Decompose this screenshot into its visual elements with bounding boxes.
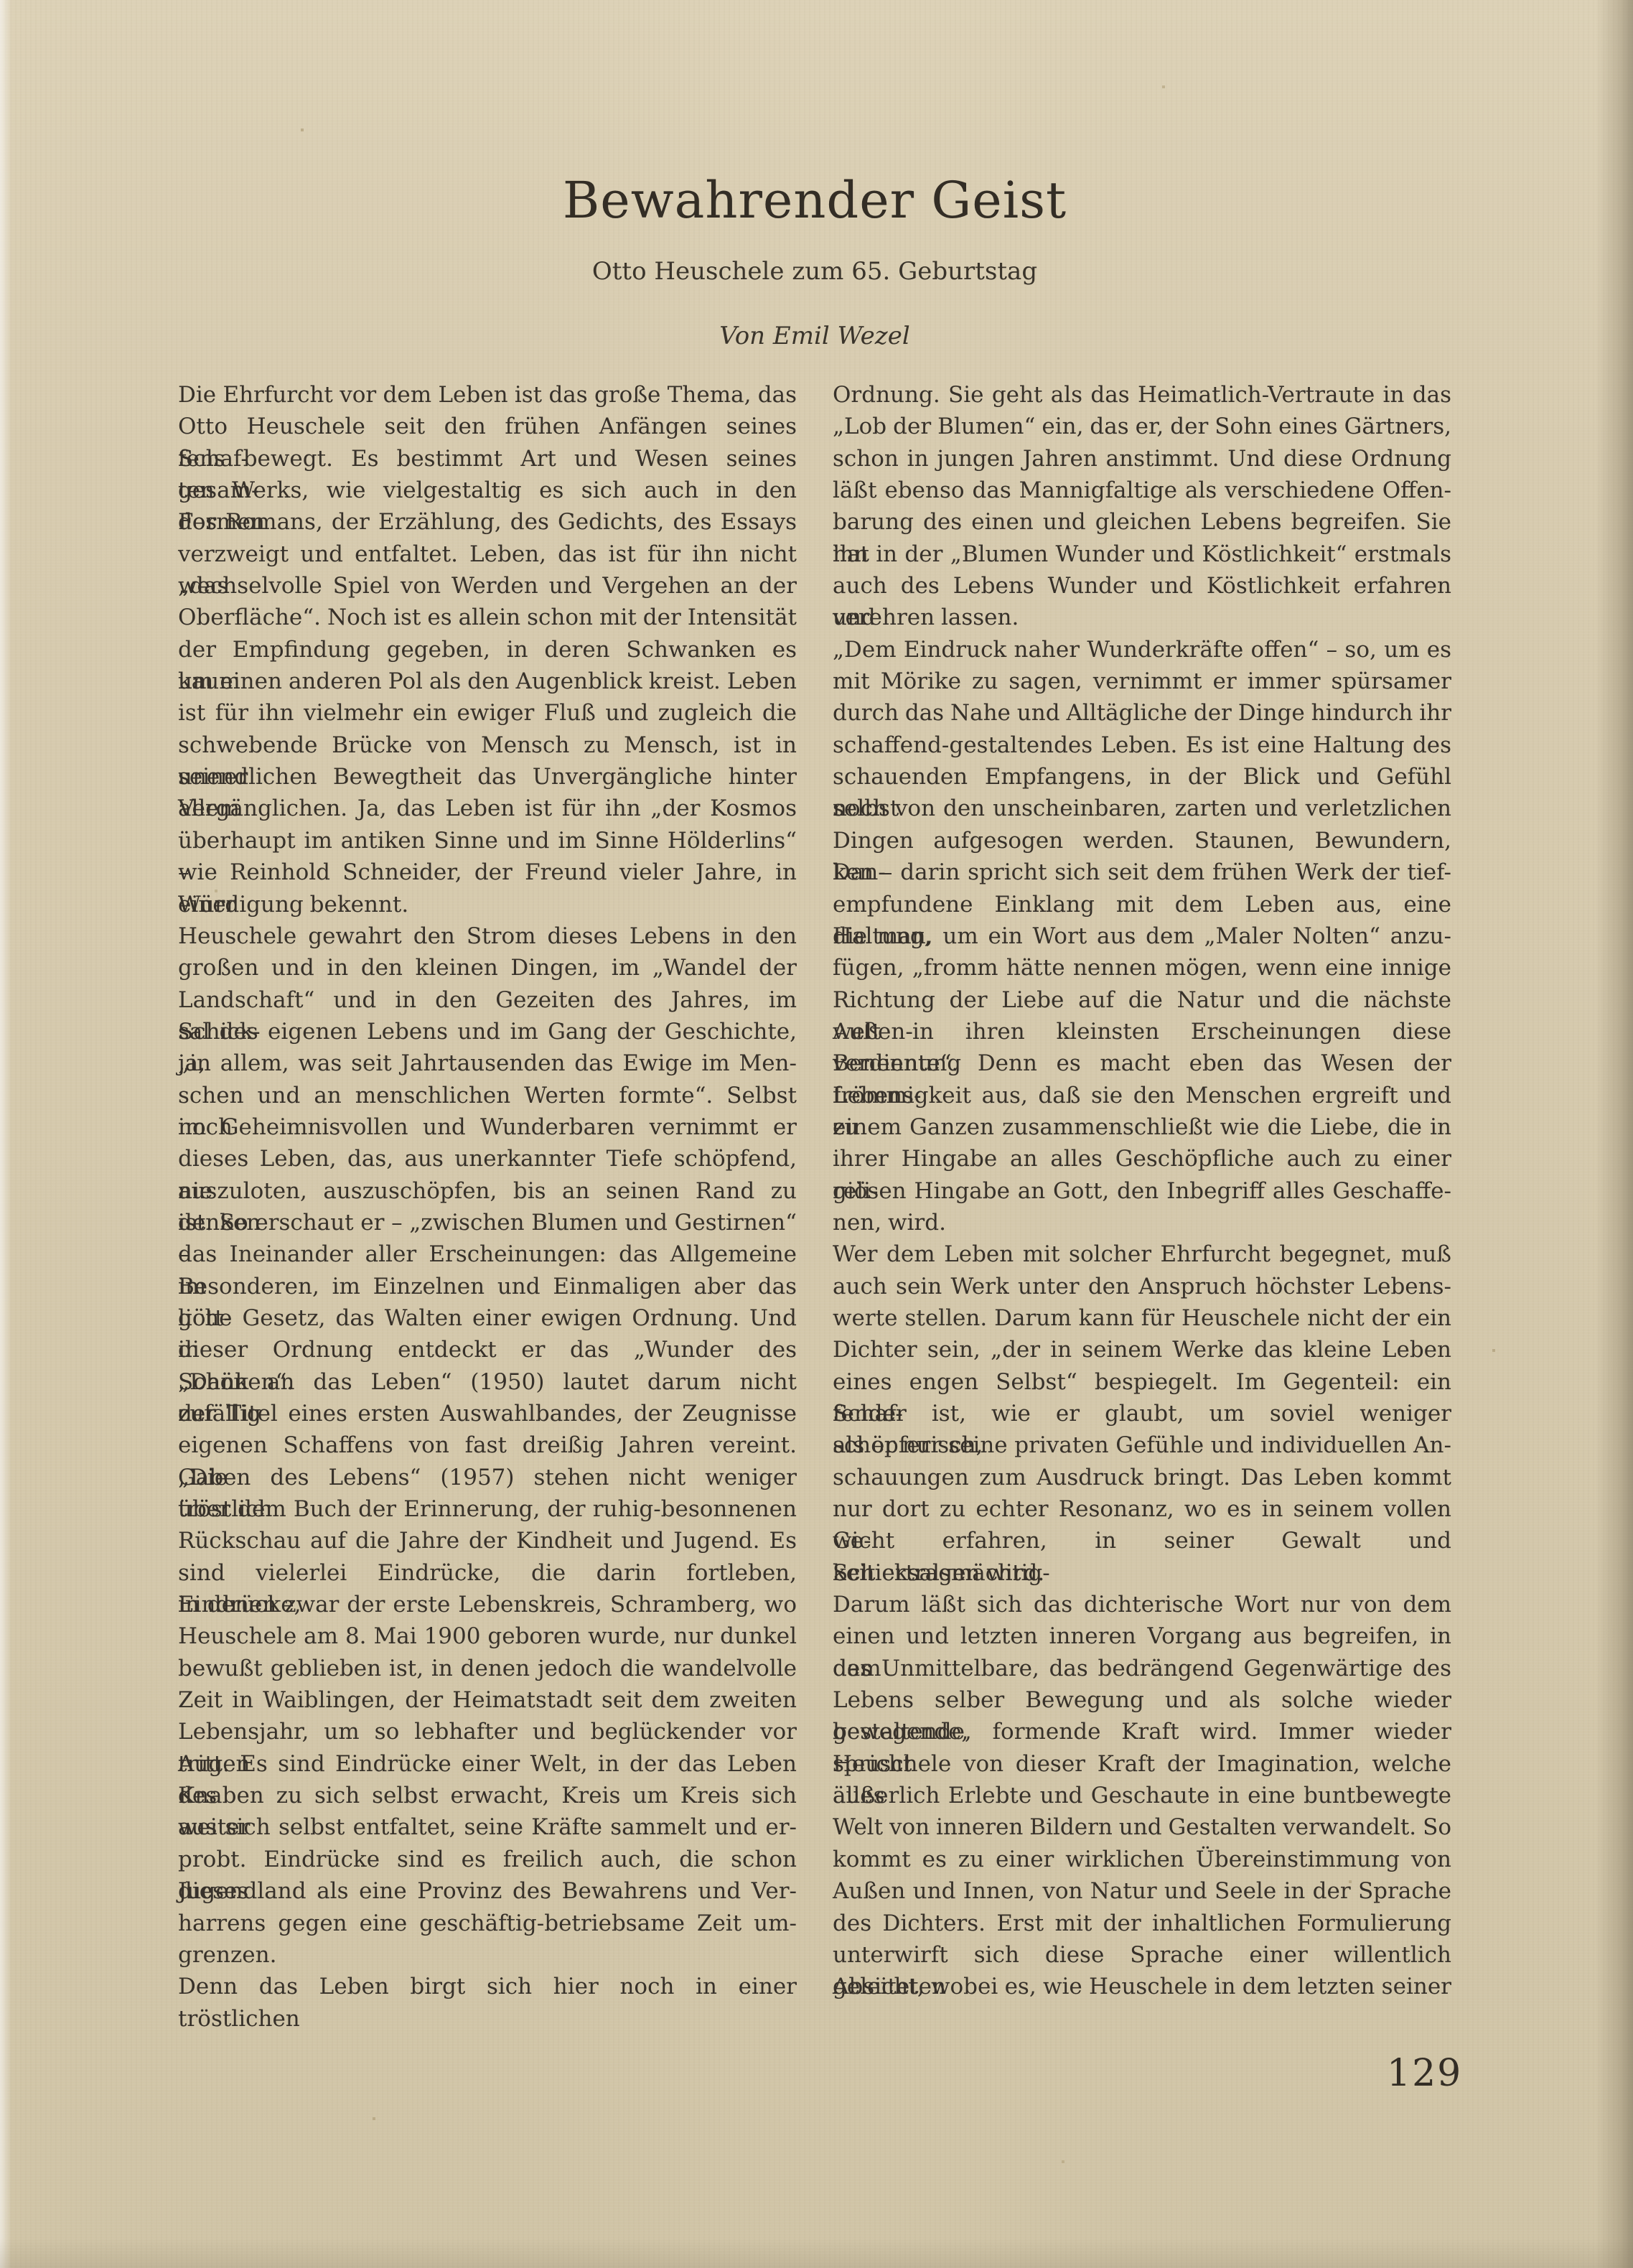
text-line: schen und an menschlichen Werten formte“… — [178, 1080, 797, 1111]
text-line: dieser Ordnung entdeckt er das „Wunder d… — [178, 1334, 797, 1366]
text-line: empfundene Einklang mit dem Leben aus, e… — [833, 889, 1451, 920]
text-line: ihn in der „Blumen Wunder und Köstlichke… — [833, 538, 1451, 570]
scan-edge-bottom — [0, 2238, 1633, 2268]
text-line: Richtung der Liebe auf die Natur und die… — [833, 984, 1451, 1016]
paragraph: „Dank an das Leben“ (1950) lautet darum … — [178, 1366, 797, 1971]
text-line: Vergänglichen. Ja, das Leben ist für ihn… — [178, 793, 797, 824]
text-line: tritt. Es sind Eindrücke einer Welt, in … — [178, 1748, 797, 1780]
text-line: eines engen Selbst“ bespiegelt. Im Gegen… — [833, 1366, 1451, 1398]
text-line: wicht erfahren, in seiner Gewalt und Sch… — [833, 1525, 1451, 1557]
text-line: noch von den unscheinbaren, zarten und v… — [833, 793, 1451, 824]
text-line: dieses Leben, das, aus unerkannter Tiefe… — [178, 1143, 797, 1175]
text-line: nur dort zu echter Resonanz, wo es in se… — [833, 1493, 1451, 1525]
text-line: ist. So erschaut er – „zwischen Blumen u… — [178, 1207, 797, 1238]
text-line: das Unmittelbare, das bedrängend Gegenwä… — [833, 1653, 1451, 1684]
text-line: über dem Buch der Erinnerung, der ruhig-… — [178, 1493, 797, 1525]
text-line: Rückschau auf die Jahre der Kindheit und… — [178, 1525, 797, 1557]
page-number: 129 — [1387, 2052, 1462, 2095]
text-line: fens bewegt. Es bestimmt Art und Wesen s… — [178, 443, 797, 475]
text-line: „Dank an das Leben“ (1950) lautet darum … — [178, 1366, 797, 1398]
text-line: als er nur seine privaten Gefühle und in… — [833, 1429, 1451, 1461]
text-line: einem Ganzen zusammenschließt wie die Li… — [833, 1111, 1451, 1143]
text-line: wie Reinhold Schneider, der Freund viele… — [178, 857, 797, 888]
text-line: unterwirft sich diese Sprache einer will… — [833, 1939, 1451, 1971]
text-line: schauungen zum Ausdruck bringt. Das Lebe… — [833, 1462, 1451, 1493]
text-line: schauenden Empfangens, in der Blick und … — [833, 761, 1451, 793]
scan-edge-left — [0, 0, 11, 2268]
text-line: der Titel eines ersten Auswahlbandes, de… — [178, 1398, 797, 1429]
text-line: „Dem Eindruck naher Wunderkräfte offen“ … — [833, 634, 1451, 666]
text-line: des Romans, der Erzählung, des Gedichts,… — [178, 506, 797, 538]
text-line: aus sich selbst entfaltet, seine Kräfte … — [178, 1811, 797, 1843]
text-line: harrens gegen eine geschäftig-betriebsam… — [178, 1908, 797, 1939]
text-line: sind vielerlei Eindrücke, die darin fort… — [178, 1557, 797, 1589]
text-line: auch des Lebens Wunder und Köstlichkeit … — [833, 570, 1451, 602]
text-line: Jugendland als eine Provinz des Bewahren… — [178, 1875, 797, 1907]
text-line: schaffend-gestaltendes Leben. Es ist ein… — [833, 729, 1451, 761]
text-line: ten Werks, wie vielgestaltig es sich auc… — [178, 475, 797, 506]
page-title: Bewahrender Geist — [178, 171, 1451, 230]
text-line: die man, um ein Wort aus dem „Maler Nolt… — [833, 920, 1451, 952]
left-column: Die Ehrfurcht vor dem Leben ist das groß… — [178, 379, 797, 2003]
text-line: durch das Nahe und Alltägliche der Dinge… — [833, 697, 1451, 729]
byline: Von Emil Wezel — [178, 322, 1451, 350]
text-line: um einen anderen Pol als den Augenblick … — [178, 666, 797, 697]
text-line: fügen, „fromm hätte nennen mögen, wenn e… — [833, 952, 1451, 984]
text-line: fender ist, wie er glaubt, um soviel wen… — [833, 1398, 1451, 1429]
text-line: Zeit in Waiblingen, der Heimatstadt seit… — [178, 1684, 797, 1716]
page-subtitle: Otto Heuschele zum 65. Geburtstag — [178, 257, 1451, 286]
text-line: einen und letzten inneren Vorgang aus be… — [833, 1620, 1451, 1652]
text-line: Wer dem Leben mit solcher Ehrfurcht bege… — [833, 1238, 1451, 1270]
text-line: Denn das Leben birgt sich hier noch in e… — [178, 1971, 797, 2002]
text-line: verehren lassen. — [833, 602, 1451, 633]
text-line: kommt es zu einer wirklichen Übereinstim… — [833, 1844, 1451, 1875]
paragraph: Heuschele gewahrt den Strom dieses Leben… — [178, 920, 797, 1366]
text-line: Oberfläche“. Noch ist es allein schon mi… — [178, 602, 797, 633]
text-line: giösen Hingabe an Gott, den Inbegriff al… — [833, 1175, 1451, 1207]
text-line: Heuschele von dieser Kraft der Imaginati… — [833, 1748, 1451, 1780]
text-line: Dingen aufgesogen werden. Staunen, Bewun… — [833, 825, 1451, 857]
paragraph: Darum läßt sich das dichterische Wort nu… — [833, 1589, 1451, 2002]
text-line: probt. Eindrücke sind es freilich auch, … — [178, 1844, 797, 1875]
paragraph: Wer dem Leben mit solcher Ehrfurcht bege… — [833, 1238, 1451, 1589]
text-line: das Ineinander aller Erscheinungen: das … — [178, 1238, 797, 1270]
text-line: Gaben des Lebens“ (1957) stehen nicht we… — [178, 1462, 797, 1493]
text-line: wechselvolle Spiel von Werden und Vergeh… — [178, 570, 797, 602]
text-line: eigenen Schaffens von fast dreißig Jahre… — [178, 1429, 797, 1461]
paragraph: Ordnung. Sie geht als das Heimatlich-Ver… — [833, 379, 1451, 634]
text-columns: Die Ehrfurcht vor dem Leben ist das groß… — [178, 379, 1451, 2003]
text-line: auszuloten, auszuschöpfen, bis an seinen… — [178, 1175, 797, 1207]
text-line: keit ertragen wird. — [833, 1557, 1451, 1589]
text-line: welt in ihren kleinsten Erscheinungen di… — [833, 1016, 1451, 1047]
text-line: Darum läßt sich das dichterische Wort nu… — [833, 1589, 1451, 1620]
text-line: ihrer Hingabe an alles Geschöpfliche auc… — [833, 1143, 1451, 1175]
text-line: Landschaft“ und in den Gezeiten des Jahr… — [178, 984, 797, 1016]
scanned-page: Bewahrender Geist Otto Heuschele zum 65.… — [0, 0, 1633, 2268]
text-line: gestaltende, formende Kraft wird. Immer … — [833, 1716, 1451, 1747]
text-line: Heuschele gewahrt den Strom dieses Leben… — [178, 920, 797, 952]
paragraph: Denn das Leben birgt sich hier noch in e… — [178, 1971, 797, 2002]
text-line: Die Ehrfurcht vor dem Leben ist das groß… — [178, 379, 797, 411]
text-line: Dichter sein, „der in seinem Werke das k… — [833, 1334, 1451, 1366]
paragraph: Die Ehrfurcht vor dem Leben ist das groß… — [178, 379, 797, 920]
text-line: läßt ebenso das Mannigfaltige als versch… — [833, 475, 1451, 506]
text-line: „in allem, was seit Jahrtausenden das Ew… — [178, 1047, 797, 1079]
scan-edge-right — [1596, 0, 1633, 2268]
text-line: der Empfindung gegeben, in deren Schwank… — [178, 634, 797, 666]
right-column: Ordnung. Sie geht als das Heimatlich-Ver… — [833, 379, 1451, 2003]
text-line: überhaupt im antiken Sinne und im Sinne … — [178, 825, 797, 857]
text-line: grenzen. — [178, 1939, 797, 1971]
text-line: Absicht, wobei es, wie Heuschele in dem … — [833, 1971, 1451, 2002]
text-line: frömmigkeit aus, daß sie den Menschen er… — [833, 1080, 1451, 1111]
text-line: sal des eigenen Lebens und im Gang der G… — [178, 1016, 797, 1047]
text-line: auch sein Werk unter den Anspruch höchst… — [833, 1271, 1451, 1302]
text-line: barung des einen und gleichen Lebens beg… — [833, 506, 1451, 538]
text-line: liche Gesetz, das Walten einer ewigen Or… — [178, 1302, 797, 1334]
text-line: Heuschele am 8. Mai 1900 geboren wurde, … — [178, 1620, 797, 1652]
text-line: werte stellen. Darum kann für Heuschele … — [833, 1302, 1451, 1334]
text-line: Würdigung bekennt. — [178, 889, 797, 920]
text-line: Lebensjahr, um so lebhafter und beglücke… — [178, 1716, 797, 1747]
text-line: verzweigt und entfaltet. Leben, das ist … — [178, 538, 797, 570]
text-line: in denen zwar der erste Lebenskreis, Sch… — [178, 1589, 797, 1620]
paragraph: „Dem Eindruck naher Wunderkräfte offen“ … — [833, 634, 1451, 1239]
text-line: Knaben zu sich selbst erwacht, Kreis um … — [178, 1780, 797, 1811]
text-line: ken – darin spricht sich seit dem frühen… — [833, 857, 1451, 888]
text-line: unendlichen Bewegtheit das Unvergänglich… — [178, 761, 797, 793]
text-line: äußerlich Erlebte und Geschaute in eine … — [833, 1780, 1451, 1811]
text-line: im Geheimnisvollen und Wunderbaren verni… — [178, 1111, 797, 1143]
text-line: schon in jungen Jahren anstimmt. Und die… — [833, 443, 1451, 475]
text-line: großen und in den kleinen Dingen, im „Wa… — [178, 952, 797, 984]
text-line: nen, wird. — [833, 1207, 1451, 1238]
text-line: Außen und Innen, von Natur und Seele in … — [833, 1875, 1451, 1907]
paper-specks — [0, 0, 1, 1]
text-line: „Lob der Blumen“ ein, das er, der Sohn e… — [833, 411, 1451, 442]
text-line: bewußt geblieben ist, in denen jedoch di… — [178, 1653, 797, 1684]
text-line: schwebende Brücke von Mensch zu Mensch, … — [178, 729, 797, 761]
text-line: ist für ihn vielmehr ein ewiger Fluß und… — [178, 697, 797, 729]
text-line: mit Mörike zu sagen, vernimmt er immer s… — [833, 666, 1451, 697]
text-line: Welt von inneren Bildern und Gestalten v… — [833, 1811, 1451, 1843]
text-line: Ordnung. Sie geht als das Heimatlich-Ver… — [833, 379, 1451, 411]
text-line: verdiente“. Denn es macht eben das Wesen… — [833, 1047, 1451, 1079]
text-line: des Dichters. Erst mit der inhaltlichen … — [833, 1908, 1451, 1939]
text-line: Lebens selber Bewegung und als solche wi… — [833, 1684, 1451, 1716]
text-line: Besonderen, im Einzelnen und Einmaligen … — [178, 1271, 797, 1302]
text-line: Otto Heuschele seit den frühen Anfängen … — [178, 411, 797, 442]
